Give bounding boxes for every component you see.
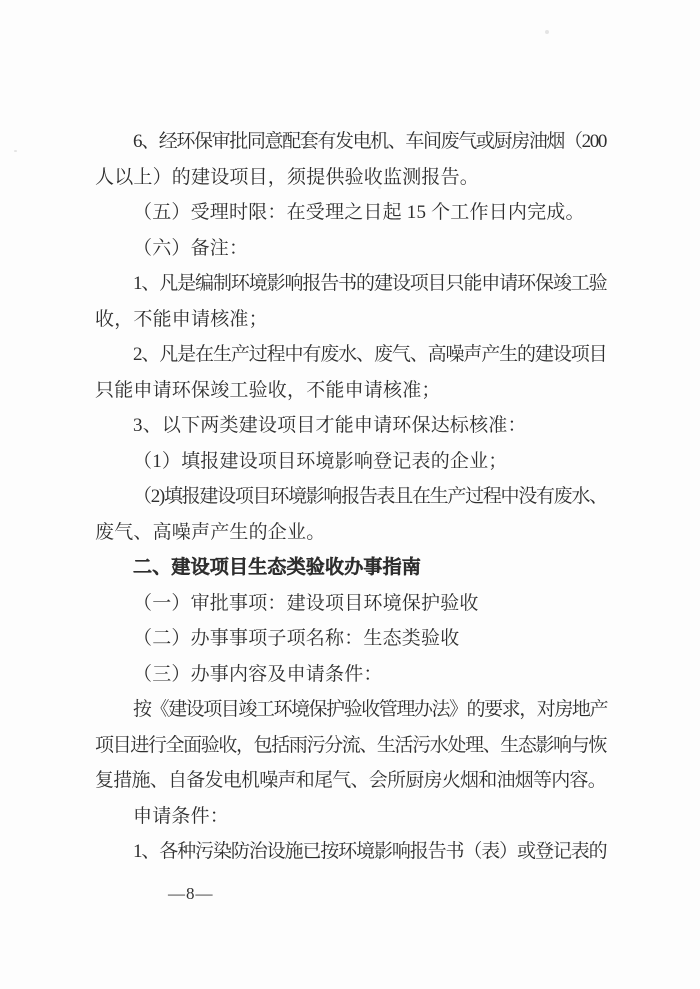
text-line: 1、各种污染防治设施已按环境影响报告书（表）或登记表的: [95, 834, 612, 870]
text-line: （三）办事内容及申请条件：: [95, 657, 612, 693]
text-line: （六）备注：: [95, 231, 612, 267]
page-number: —8—: [168, 884, 214, 904]
section-heading: 二、建设项目生态类验收办事指南: [95, 550, 612, 586]
text-line: 人以上）的建设项目，须提供验收监测报告。: [95, 160, 612, 196]
text-line: 只能申请环保竣工验收，不能申请核准；: [95, 373, 612, 409]
text-line: 2、凡是在生产过程中有废水、废气、高噪声产生的建设项目: [95, 337, 612, 373]
document-page: 6、经环保审批同意配套有发电机、车间废气或厨房油烟（200人以上）的建设项目，须…: [0, 0, 700, 989]
text-line: 收，不能申请核准；: [95, 302, 612, 338]
scan-noise-speck: [14, 150, 17, 152]
scan-noise-speck: [545, 30, 549, 34]
text-line: 6、经环保审批同意配套有发电机、车间废气或厨房油烟（200: [95, 124, 612, 160]
text-line: 项目进行全面验收，包括雨污分流、生活污水处理、生态影响与恢: [95, 728, 612, 764]
text-line: （1）填报建设项目环境影响登记表的企业；: [95, 444, 612, 480]
text-line: 按《建设项目竣工环境保护验收管理办法》的要求，对房地产: [95, 692, 612, 728]
text-line: 废气、高噪声产生的企业。: [95, 515, 612, 551]
text-line: 复措施、自备发电机噪声和尾气、会所厨房火烟和油烟等内容。: [95, 763, 612, 799]
text-line: （2)填报建设项目环境影响报告表且在生产过程中没有废水、: [95, 479, 612, 515]
text-line: （五）受理时限：在受理之日起 15 个工作日内完成。: [95, 195, 612, 231]
text-line: （一）审批事项：建设项目环境保护验收: [95, 586, 612, 622]
text-line: 申请条件：: [95, 799, 612, 835]
text-line: 3、以下两类建设项目才能申请环保达标核准：: [95, 408, 612, 444]
document-body: 6、经环保审批同意配套有发电机、车间废气或厨房油烟（200人以上）的建设项目，须…: [95, 124, 612, 870]
text-line: 1、凡是编制环境影响报告书的建设项目只能申请环保竣工验: [95, 266, 612, 302]
text-line: （二）办事事项子项名称：生态类验收: [95, 621, 612, 657]
